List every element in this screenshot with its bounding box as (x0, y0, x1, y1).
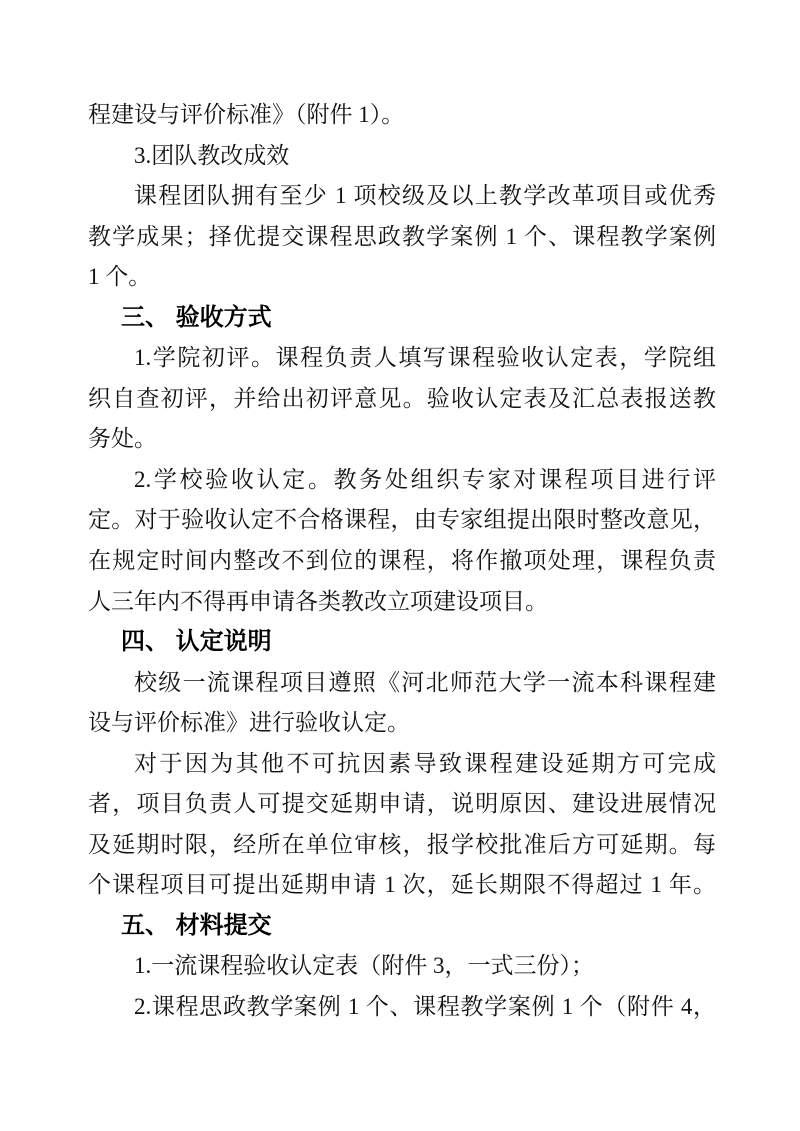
paragraph-line: 及延期时限，经所在单位审核，报学校批准后方可延期。每 (88, 825, 716, 866)
section-heading-material-submission: 五、 材料提交 (88, 906, 716, 947)
paragraph-line: 者，项目负责人可提交延期申请，说明原因、建设进展情况 (88, 784, 716, 825)
paragraph-line: 织自查初评，并给出初评意见。验收认定表及汇总表报送教 (88, 379, 716, 420)
document-page: 程建设与评价标准》（附件 1）。 3.团队教改成效 课程团队拥有至少 1 项校级… (0, 0, 800, 1131)
paragraph-line: 程建设与评价标准》（附件 1）。 (88, 95, 716, 136)
paragraph-line-item-3-team-results: 3.团队教改成效 (88, 136, 716, 177)
paragraph-line: 个课程项目可提出延期申请 1 次，延长期限不得超过 1 年。 (88, 865, 716, 906)
paragraph-line: 在规定时间内整改不到位的课程，将作撤项处理，课程负责 (88, 541, 716, 582)
paragraph-line-college-initial-review: 1.学院初评。课程负责人填写课程验收认定表，学院组 (88, 338, 716, 379)
paragraph-line-extension-policy: 对于因为其他不可抗因素导致课程建设延期方可完成 (88, 744, 716, 785)
paragraph-line: 1 个。 (88, 257, 716, 298)
paragraph-line: 人三年内不得再申请各类教改立项建设项目。 (88, 582, 716, 623)
section-heading-acceptance-method: 三、 验收方式 (88, 298, 716, 339)
document-text-column: 程建设与评价标准》（附件 1）。 3.团队教改成效 课程团队拥有至少 1 项校级… (88, 95, 716, 1028)
paragraph-line-material-item-1: 1.一流课程验收认定表（附件 3，一式三份）； (88, 946, 716, 987)
paragraph-line-material-item-2: 2.课程思政教学案例 1 个、课程教学案例 1 个（附件 4， (88, 987, 716, 1028)
section-heading-recognition-notes: 四、 认定说明 (88, 622, 716, 663)
paragraph-line: 务处。 (88, 419, 716, 460)
paragraph-line: 教学成果；择优提交课程思政教学案例 1 个、课程教学案例 (88, 217, 716, 258)
paragraph-line: 校级一流课程项目遵照《河北师范大学一流本科课程建 (88, 663, 716, 704)
paragraph-line: 定。对于验收认定不合格课程，由专家组提出限时整改意见， (88, 500, 716, 541)
paragraph-line-school-acceptance: 2.学校验收认定。教务处组织专家对课程项目进行评 (88, 460, 716, 501)
paragraph-line: 课程团队拥有至少 1 项校级及以上教学改革项目或优秀 (88, 176, 716, 217)
paragraph-line: 设与评价标准》进行验收认定。 (88, 703, 716, 744)
